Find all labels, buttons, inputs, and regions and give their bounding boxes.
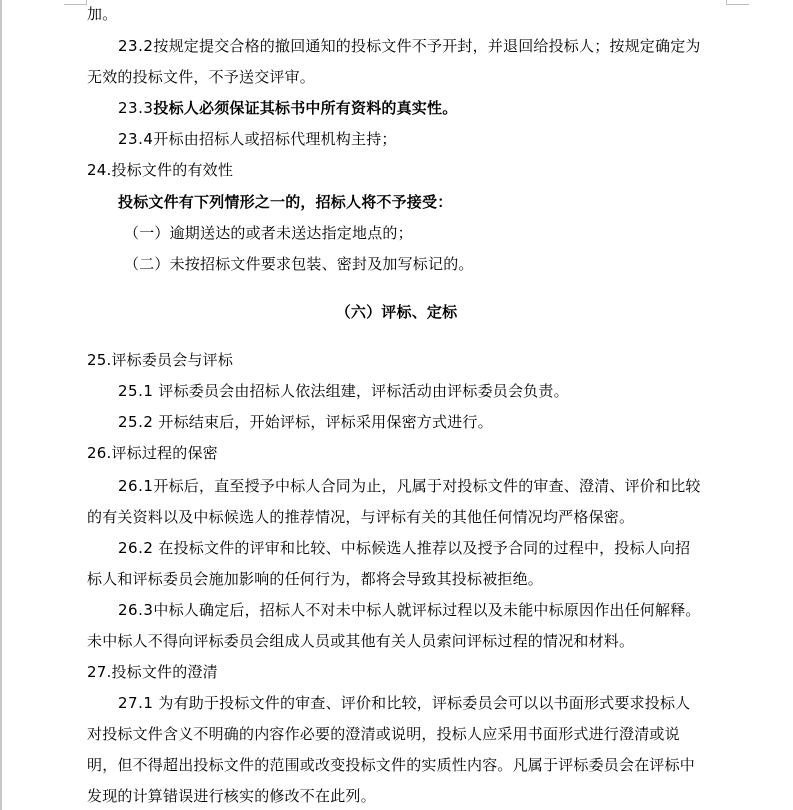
- clause-23-3: 23.3投标人必须保证其标书中所有资料的真实性。: [118, 98, 768, 118]
- item-text: （一）逾期送达的或者未送达指定地点的；: [124, 224, 413, 242]
- clause-number: 23.3: [118, 99, 153, 117]
- clause-number: 27.1: [118, 694, 153, 712]
- clause-number: 23.4: [118, 130, 153, 148]
- heading-text: 24.投标文件的有效性: [87, 161, 233, 179]
- clause-text-bold: 投标人必须保证其标书中所有资料的真实性。: [153, 99, 457, 117]
- clause-26-3: 26.3中标人确定后，招标人不对未中标人就评标过程以及未能中标原因作出任何解释。: [118, 600, 768, 620]
- heading-text: 26.评标过程的保密: [87, 444, 218, 462]
- clause-number: 26.1: [118, 477, 153, 495]
- clause-23-2: 23.2按规定提交合格的撤回通知的投标文件不予开封，并退回给投标人；按规定确定为: [118, 36, 768, 56]
- clause-text: 按规定提交合格的撤回通知的投标文件不予开封，并退回给投标人；按规定确定为: [153, 37, 700, 55]
- clause-23-2-cont: 无效的投标文件，不予送交评审。: [87, 67, 737, 87]
- clause-26-2-cont: 标人和评标委员会施加影响的任何行为，都将会导致其投标被拒绝。: [87, 569, 737, 589]
- clause-23-4: 23.4开标由招标人或招标代理机构主持；: [118, 129, 768, 149]
- clause-number: 25.1: [118, 382, 153, 400]
- section-heading-27: 27.投标文件的澄清: [87, 662, 737, 682]
- rejection-intro: 投标文件有下列情形之一的，招标人将不予接受：: [118, 192, 768, 212]
- clause-26-2: 26.2 在投标文件的评审和比较、中标候选人推荐以及授予合同的过程中，投标人向招: [118, 538, 768, 558]
- clause-text: 对投标文件含义不明确的内容作必要的澄清或说明，投标人应采用书面形式进行澄清或说: [87, 725, 680, 743]
- heading-text: 27.投标文件的澄清: [87, 663, 218, 681]
- clause-text: 发现的计算错误进行核实的修改不在此列。: [87, 787, 376, 805]
- clause-text: 评标委员会由招标人依法组建，评标活动由评标委员会负责。: [153, 382, 568, 400]
- clause-25-1: 25.1 评标委员会由招标人依法组建，评标活动由评标委员会负责。: [118, 381, 768, 401]
- page-left-border: [0, 0, 2, 810]
- margin-corner-mark-left: [64, 0, 87, 5]
- clause-text: 开标结束后，开始评标，评标采用保密方式进行。: [153, 413, 492, 431]
- clause-text: 开标由招标人或招标代理机构主持；: [153, 130, 396, 148]
- intro-text: 投标文件有下列情形之一的，招标人将不予接受：: [118, 193, 452, 211]
- clause-27-1-cont-2: 明，但不得超出投标文件的范围或改变投标文件的实质性内容。凡属于评标委员会在评标中: [87, 755, 737, 775]
- clause-text: 未中标人不得向评标委员会组成人员或其他有关人员索问评标过程的情况和材料。: [87, 632, 634, 650]
- clause-text: 明，但不得超出投标文件的范围或改变投标文件的实质性内容。凡属于评标委员会在评标中: [87, 756, 695, 774]
- clause-number: 26.2: [118, 539, 153, 557]
- section-heading-26: 26.评标过程的保密: [87, 443, 737, 463]
- clause-26-1: 26.1开标后，直至授予中标人合同为止，凡属于对投标文件的审查、澄清、评价和比较: [118, 476, 768, 496]
- text: 加。: [87, 5, 117, 23]
- clause-text: 标人和评标委员会施加影响的任何行为，都将会导致其投标被拒绝。: [87, 570, 543, 588]
- clause-27-1-cont-1: 对投标文件含义不明确的内容作必要的澄清或说明，投标人应采用书面形式进行澄清或说: [87, 724, 737, 744]
- rejection-item-1: （一）逾期送达的或者未送达指定地点的；: [124, 223, 774, 243]
- paragraph-continuation: 加。: [87, 4, 737, 24]
- chapter-title: （六）评标、定标: [0, 302, 793, 322]
- clause-text: 的有关资料以及中标候选人的推荐情况，与评标有关的其他任何情况均严格保密。: [87, 508, 634, 526]
- clause-number: 23.2: [118, 37, 153, 55]
- clause-27-1-cont-3: 发现的计算错误进行核实的修改不在此列。: [87, 786, 737, 806]
- clause-25-2: 25.2 开标结束后，开始评标，评标采用保密方式进行。: [118, 412, 768, 432]
- rejection-item-2: （二）未按招标文件要求包装、密封及加写标记的。: [124, 254, 774, 274]
- clause-27-1: 27.1 为有助于投标文件的审查、评价和比较，评标委员会可以以书面形式要求投标人: [118, 693, 768, 713]
- heading-text: 25.评标委员会与评标: [87, 351, 233, 369]
- chapter-title-text: （六）评标、定标: [336, 303, 458, 321]
- clause-text: 中标人确定后，招标人不对未中标人就评标过程以及未能中标原因作出任何解释。: [153, 601, 700, 619]
- clause-number: 25.2: [118, 413, 153, 431]
- item-text: （二）未按招标文件要求包装、密封及加写标记的。: [124, 255, 474, 273]
- clause-text: 在投标文件的评审和比较、中标候选人推荐以及授予合同的过程中，投标人向招: [153, 539, 690, 557]
- clause-text: 开标后，直至授予中标人合同为止，凡属于对投标文件的审查、澄清、评价和比较: [153, 477, 700, 495]
- clause-26-3-cont: 未中标人不得向评标委员会组成人员或其他有关人员索问评标过程的情况和材料。: [87, 631, 737, 651]
- clause-text: 无效的投标文件，不予送交评审。: [87, 68, 315, 86]
- section-heading-25: 25.评标委员会与评标: [87, 350, 737, 370]
- section-heading-24: 24.投标文件的有效性: [87, 160, 737, 180]
- clause-text: 为有助于投标文件的审查、评价和比较，评标委员会可以以书面形式要求投标人: [153, 694, 690, 712]
- clause-number: 26.3: [118, 601, 153, 619]
- clause-26-1-cont: 的有关资料以及中标候选人的推荐情况，与评标有关的其他任何情况均严格保密。: [87, 507, 737, 527]
